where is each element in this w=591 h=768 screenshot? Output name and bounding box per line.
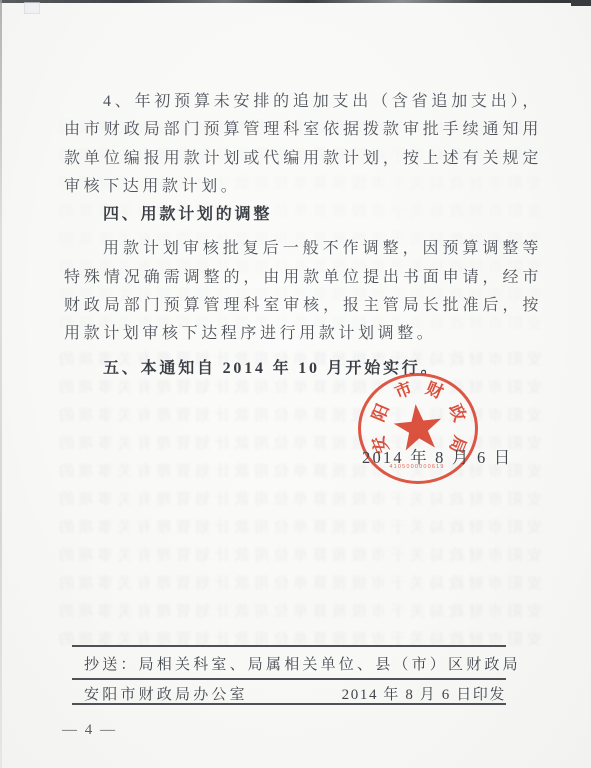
scan-edge-top-right xyxy=(571,0,591,6)
footer-issuer: 安阳市财政局办公室 xyxy=(84,683,248,704)
document-body: 4、年初预算未安排的追加支出（含省追加支出），由市财政局部门预算管理科室依据拨款… xyxy=(64,88,542,383)
footer-copy-line: 抄送：局相关科室、局属相关单位、县（市）区财政局 xyxy=(84,653,521,674)
paragraph-section-4: 用款计划审核批复后一般不作调整，因预算调整等特殊情况确需调整的，由用款单位提出书… xyxy=(64,235,542,348)
page-number: — 4 — xyxy=(62,722,117,739)
footer-print-date: 2014 年 8 月 6 日印发 xyxy=(342,683,506,704)
ghost-text-line: 安阳市财政局关于市级预算单位用款计划管理有关事项的通知要求各科室单位 xyxy=(58,600,542,622)
scanned-document-page: 安阳市财政局关于市级预算单位用款计划管理有关事项的通知要求各科室单位 安阳市财政… xyxy=(0,0,591,768)
scan-corner-mark xyxy=(24,2,40,14)
scan-edge-top xyxy=(0,0,591,3)
ghost-text-line: 安阳市财政局关于市级预算单位用款计划管理有关事项的通知要求各科室单位 xyxy=(58,572,542,594)
scan-edge-left xyxy=(0,0,2,768)
ghost-text-line: 安阳市财政局关于市级预算单位用款计划管理有关事项的通知要求各科室单位 xyxy=(58,488,542,510)
official-seal: 安 阳 市 财 政 局 4105000000619 xyxy=(356,370,482,488)
seal-date: 2014 年 8 月 6 日 xyxy=(362,444,512,468)
ghost-text-line: 安阳市财政局关于市级预算单位用款计划管理有关事项的通知要求各科室单位 xyxy=(58,544,542,566)
footer-rule-top xyxy=(72,645,506,647)
footer-issue-row: 安阳市财政局办公室 2014 年 8 月 6 日印发 xyxy=(84,683,506,704)
footer-rule-bottom xyxy=(72,703,506,705)
paragraph-item-4: 4、年初预算未安排的追加支出（含省追加支出），由市财政局部门预算管理科室依据拨款… xyxy=(64,88,542,201)
heading-section-4: 四、用款计划的调整 xyxy=(64,201,542,229)
ghost-text-line: 安阳市财政局关于市级预算单位用款计划管理有关事项的通知要求各科室单位 xyxy=(58,516,542,538)
footer-rule-middle xyxy=(72,678,506,680)
